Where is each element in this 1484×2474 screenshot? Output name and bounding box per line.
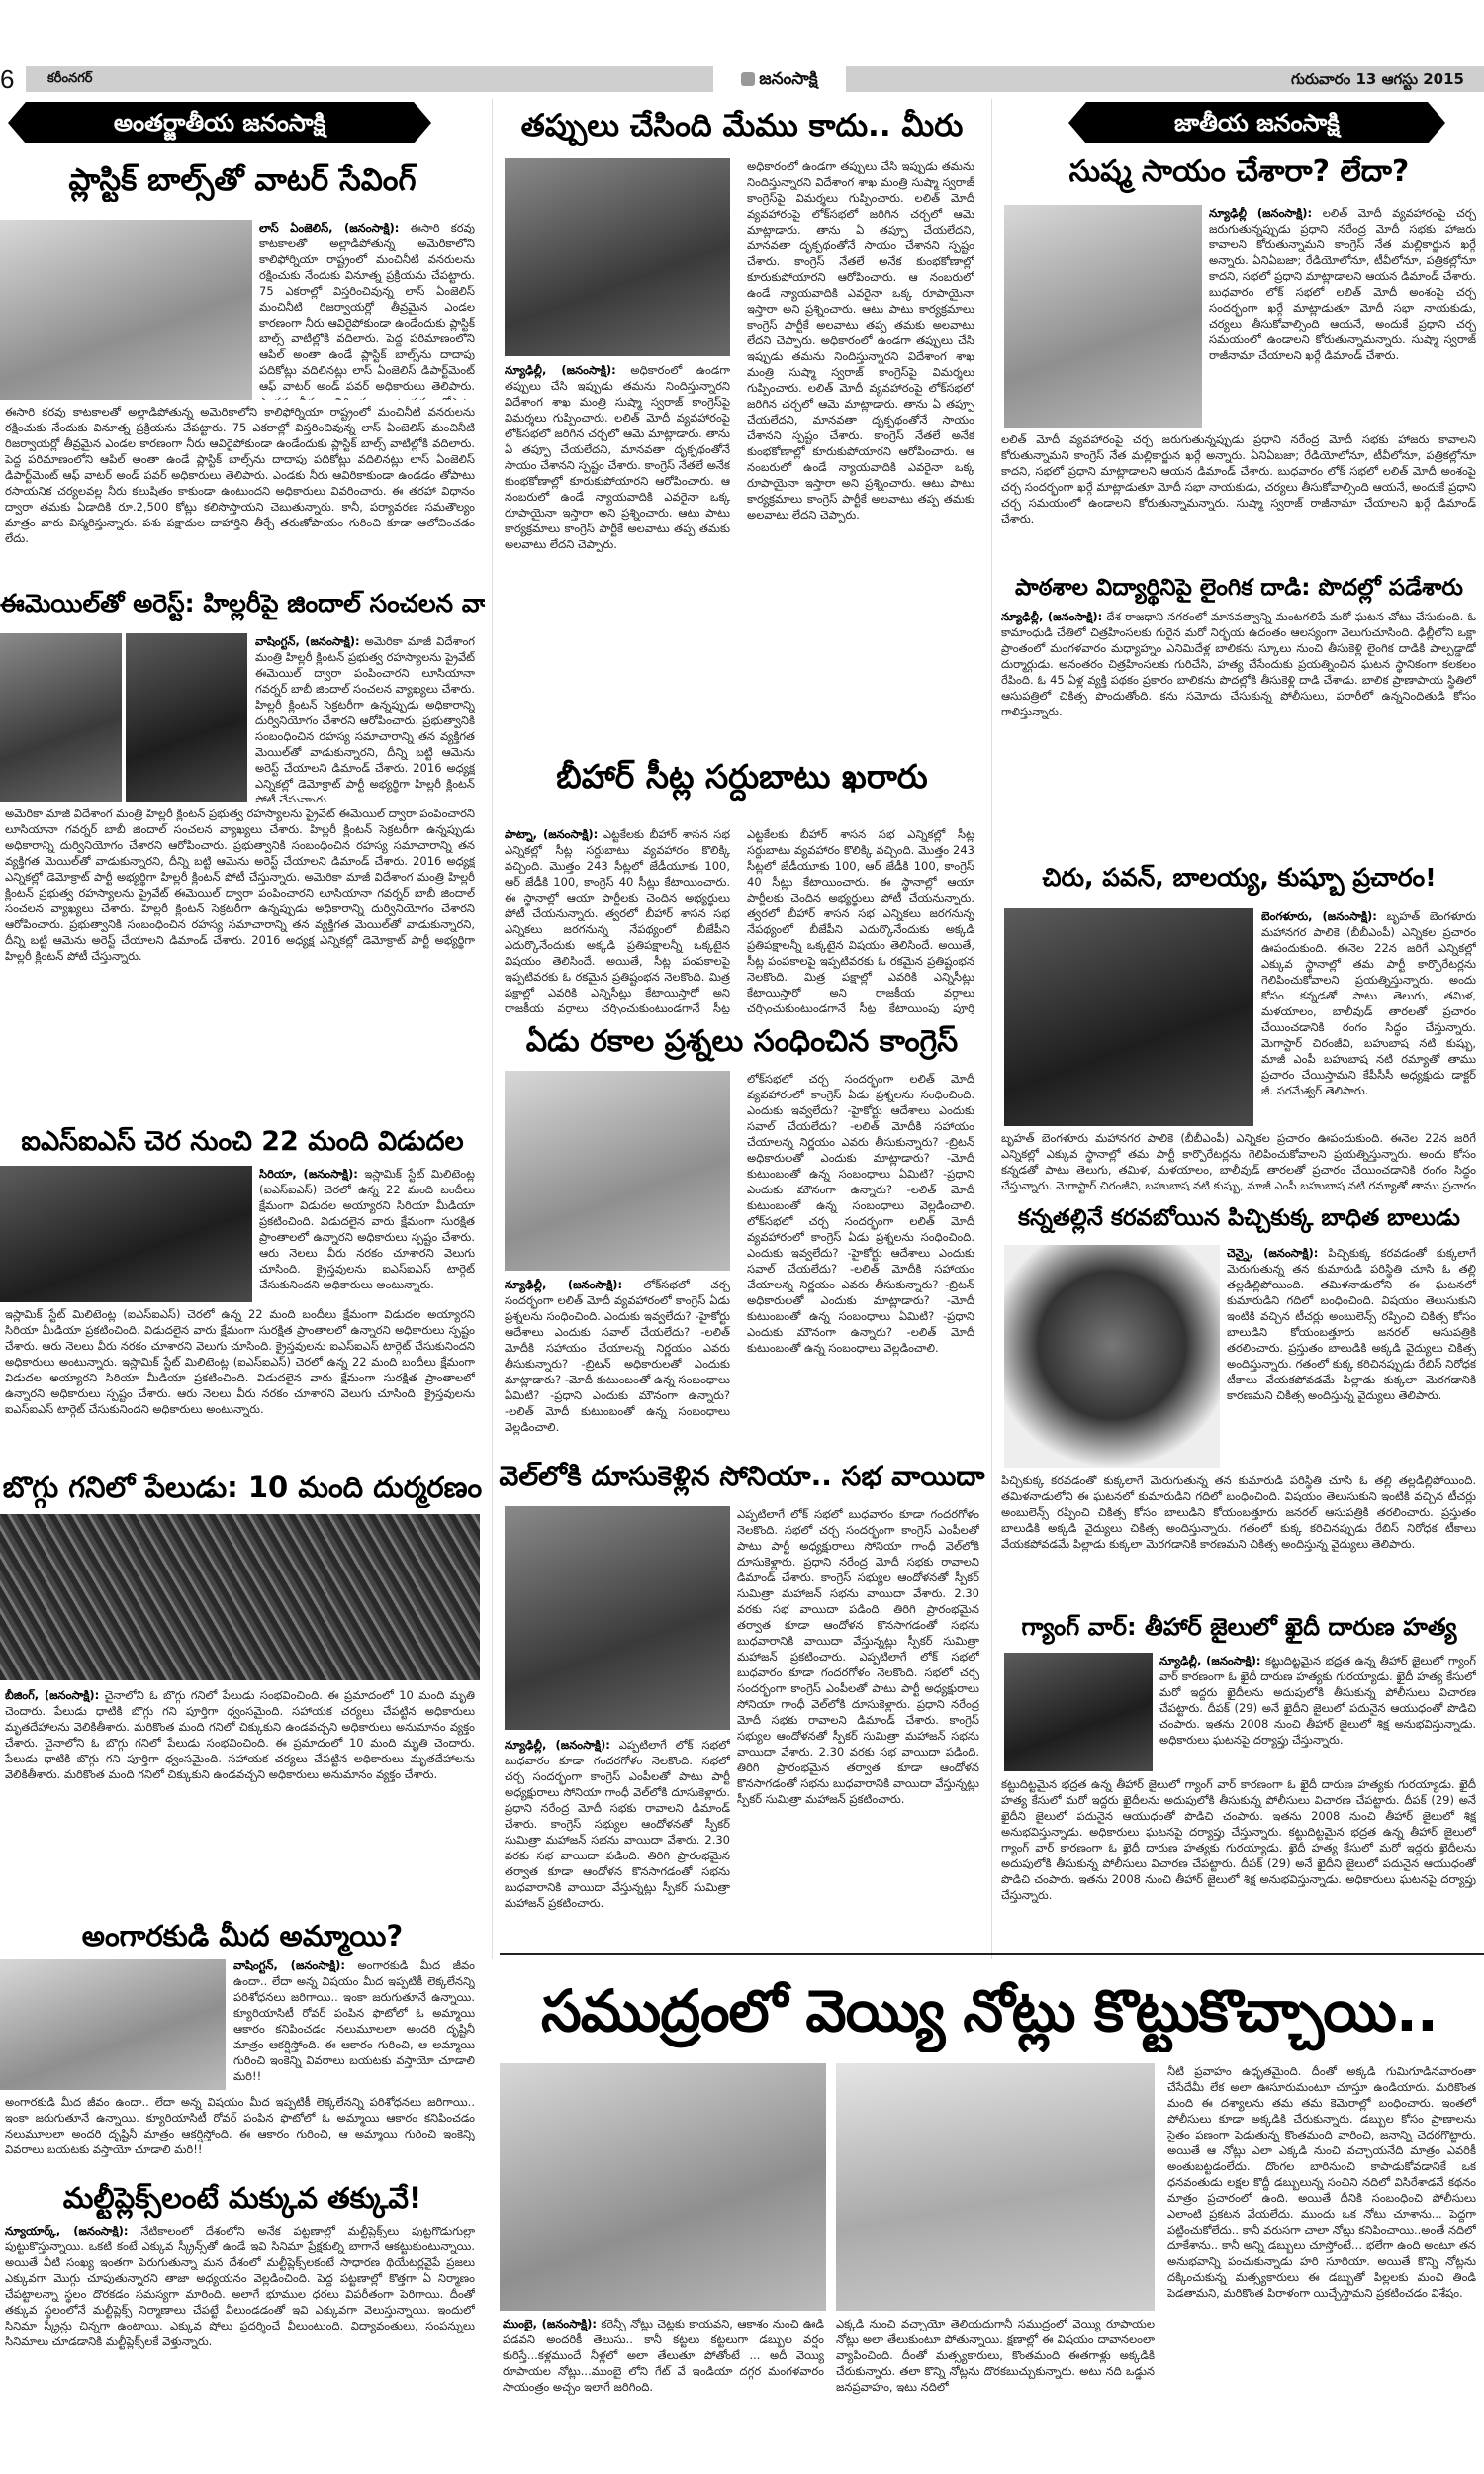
- headline[interactable]: బొగ్గు గనిలో పేలుడు: 10 మంది దుర్మరణం: [0, 1467, 485, 1508]
- newspaper-logo: జనంసాక్షి: [714, 64, 845, 94]
- coal-mine-photo: [0, 1514, 480, 1680]
- headline[interactable]: వెల్‌లోకి దూసుకెళ్లిన సోనియా.. సభ వాయిదా: [495, 1455, 989, 1498]
- article-body-continued: లలిత్ మోదీ వ్యవహారంపై చర్చ జరుగుతున్నప్ప…: [1001, 431, 1476, 570]
- article-body: న్యూఢిల్లీ, (జనంసాక్షి): ఎప్పటిలాగే లోక్…: [505, 1737, 730, 1941]
- column-divider: [492, 99, 493, 1959]
- article-body-continued: కట్టుదిట్టమైన భద్రత ఉన్న తీహార్ జైలులో గ…: [1001, 1776, 1476, 1945]
- article-body: న్యూయార్క్, (జనంసాక్షి): నేటికాలంలో దేశం…: [5, 2223, 475, 2406]
- article-body-continued: బృహత్ బెంగళూరు మహానగర పాలికె (బీబీఎంపీ) …: [1001, 1130, 1476, 1195]
- headline[interactable]: ప్లాస్టిక్ బాల్స్‌తో వాటర్ సేవింగ్: [0, 158, 485, 202]
- headline[interactable]: సుష్మ సాయం చేశారా? లేదా?: [994, 150, 1484, 194]
- article-body: బెంగళూరు, (జనంసాక్షి): బృహత్ బెంగళూరు మహ…: [1261, 908, 1476, 1126]
- headline[interactable]: తప్పులు చేసింది మేము కాదు.. మీరు: [495, 104, 989, 147]
- headline[interactable]: గ్యాంగ్ వార్: తీహార్ జైలులో ఖైదీ దారుణ హ…: [994, 1608, 1484, 1646]
- reservoir-photo: [0, 220, 252, 400]
- article-body: సిరియా, (జనంసాక్షి): ఇస్లామిక్ స్టేట్ మి…: [259, 1166, 475, 1302]
- article-body-continued: ఇస్లామిక్ స్టేట్ మిలిటెంట్ల (ఐఎస్ఐఎస్) చ…: [5, 1306, 475, 1465]
- headline[interactable]: బీహార్ సీట్ల సర్దుబాటు ఖరారు: [495, 752, 989, 802]
- article-body-col1: ముంబై, (జనంసాక్షి): కరెన్సీ నోట్లు చెట్ల…: [503, 2316, 824, 2410]
- headline[interactable]: చిరు, పవన్, బాలయ్య, కుష్బూ ప్రచారం!: [994, 859, 1484, 897]
- masthead-left-bar: కరీంనగర్: [26, 66, 713, 92]
- article-body: బీజింగ్, (జనంసాక్షి): చైనాలోని ఓ బొగ్గు …: [5, 1687, 475, 1903]
- article-body-col2: ఎక్కడి నుంచి వచ్చాయో తెలియదుగానీ సముద్రం…: [836, 2316, 1155, 2410]
- article-body: న్యూఢిల్లీ, (జనంసాక్షి): కట్టుదిట్టమైన భ…: [1159, 1653, 1476, 1771]
- article-body-continued: లోక్‌సభలో చర్చ సందర్భంగా లలిత్ మోదీ వ్యవ…: [747, 1071, 974, 1447]
- article-body-continued: అమెరికా మాజీ విదేశాంగ మంత్రి హిల్లరీ క్ల…: [5, 806, 475, 1120]
- article-body: న్యూఢిల్లీ, (జనంసాక్షి): లోక్‌సభలో చర్చ …: [505, 1277, 730, 1447]
- edition-label: కరీంనగర్: [26, 66, 713, 92]
- headline[interactable]: పాఠశాల విద్యార్థినిపై లైంగిక దాడి: పొదల్…: [994, 570, 1484, 606]
- article-body-continued: అధికారంలో ఉండగా తప్పులు చేసి ఇప్పుడు తమన…: [747, 158, 974, 718]
- article-body-continued: ఈసారి కరవు కాటకాలతో అల్లాడిపోతున్న అమెరి…: [5, 404, 475, 584]
- article-body: లాస్ ఏంజెలిస్, (జనంసాక్షి): ఈసారి కరవు క…: [259, 220, 475, 400]
- lead-headline[interactable]: సముద్రంలో వెయ్యి నోట్లు కొట్టుకొచ్చాయి..: [495, 1969, 1484, 2052]
- sonia-gandhi-photo: [505, 1506, 730, 1730]
- article-body-continued: పిచ్చికుక్క కరవడంతో కుక్కలాగే మెరుగుతున్…: [1001, 1473, 1476, 1606]
- article-body: చెన్నై, (జనంసాక్షి): పిచ్చికుక్క కరవడంతో…: [1227, 1245, 1476, 1468]
- masthead-right-bar: గురువారం 13 ఆగస్టు 2015: [846, 66, 1484, 92]
- kharge-national-photo: [1004, 205, 1202, 428]
- bobby-jindal-photo: [126, 633, 247, 802]
- masthead: 6 కరీంనగర్ జనంసాక్షి గురువారం 13 ఆగస్టు …: [0, 64, 1484, 94]
- mars-surface-photo: [0, 1959, 226, 2090]
- article-body: పాట్నా, (జనంసాక్షి): ఎట్టకేలకు బీహార్ శా…: [505, 826, 730, 1014]
- headline[interactable]: అంగారకుడి మీద అమ్మాయి?: [0, 1915, 485, 1956]
- page-number: 6: [0, 64, 24, 94]
- article-body: న్యూఢిల్లీ, (జనంసాక్షి): అధికారంలో ఉండగా…: [505, 362, 730, 718]
- kharge-photo: [505, 1071, 730, 1271]
- men-with-notes-photo: [500, 2063, 826, 2311]
- article-body-continued: అంగారకుడి మీద జీవం ఉందా.. లేదా అన్న విషయ…: [5, 2094, 475, 2169]
- article-body: వాషింగ్టన్, (జనంసాక్షి): అంగారకుడి మీద జ…: [233, 1957, 475, 2090]
- headline[interactable]: కన్నతల్లినే కరవబోయిన పిచ్చికుక్క బాధిత బ…: [994, 1199, 1484, 1237]
- section-banner-international: అంతర్జాతీయ జనంసాక్షి: [26, 102, 414, 143]
- man-in-water-photo: [836, 2063, 1155, 2311]
- article-body-col3: నీటి ప్రవాహం ఉధృతమైంది. దీంతో అక్కడి గుమ…: [1167, 2063, 1476, 2405]
- article-body: వాషింగ్టన్, (జనంసాక్షి): అమెరికా మాజీ వి…: [255, 633, 475, 802]
- headline[interactable]: మల్టీప్లెక్స్‌లంటే మక్కువ తక్కువే!: [0, 2177, 485, 2219]
- headline[interactable]: ఐఎస్ఐఎస్ చెర నుంచి 22 మంది విడుదల: [0, 1123, 485, 1161]
- hillary-clinton-photo: [0, 633, 122, 802]
- column-divider: [991, 99, 992, 1959]
- article-body-continued: ఎప్పటిలాగే లోక్ సభలో బుధవారం కూడా గందరగో…: [737, 1506, 979, 1942]
- article-body: న్యూఢిల్లీ (జనంసాక్షి): లలిత్ మోదీ వ్యవహ…: [1209, 205, 1476, 428]
- headline[interactable]: ఈమెయిల్‌తో అరెస్ట్: హిల్లరీపై జిందాల్ సం…: [0, 586, 485, 621]
- sushma-swaraj-photo: [505, 158, 730, 356]
- section-divider: [500, 1953, 1484, 1955]
- article-body-continued: ఎట్టకేలకు బీహార్ శాసన సభ ఎన్నికల్లో సీట్…: [747, 826, 974, 1014]
- actors-campaign-photo: [1004, 908, 1253, 1126]
- telangana-map-icon: [741, 72, 755, 86]
- isis-militants-photo: [0, 1166, 252, 1302]
- article-body: న్యూఢిల్లీ, (జనంసాక్షి): దేశ రాజధాని నగర…: [1001, 609, 1476, 856]
- issue-date: గురువారం 13 ఆగస్టు 2015: [846, 66, 1484, 92]
- knife-photo: [1004, 1653, 1153, 1771]
- section-banner-national: జాతీయ జనంసాక్షి: [1086, 102, 1428, 143]
- headline[interactable]: ఏడు రకాల ప్రశ్నలు సంధించిన కాంగ్రెస్: [495, 1019, 989, 1065]
- rabid-dog-photo: [1004, 1245, 1220, 1468]
